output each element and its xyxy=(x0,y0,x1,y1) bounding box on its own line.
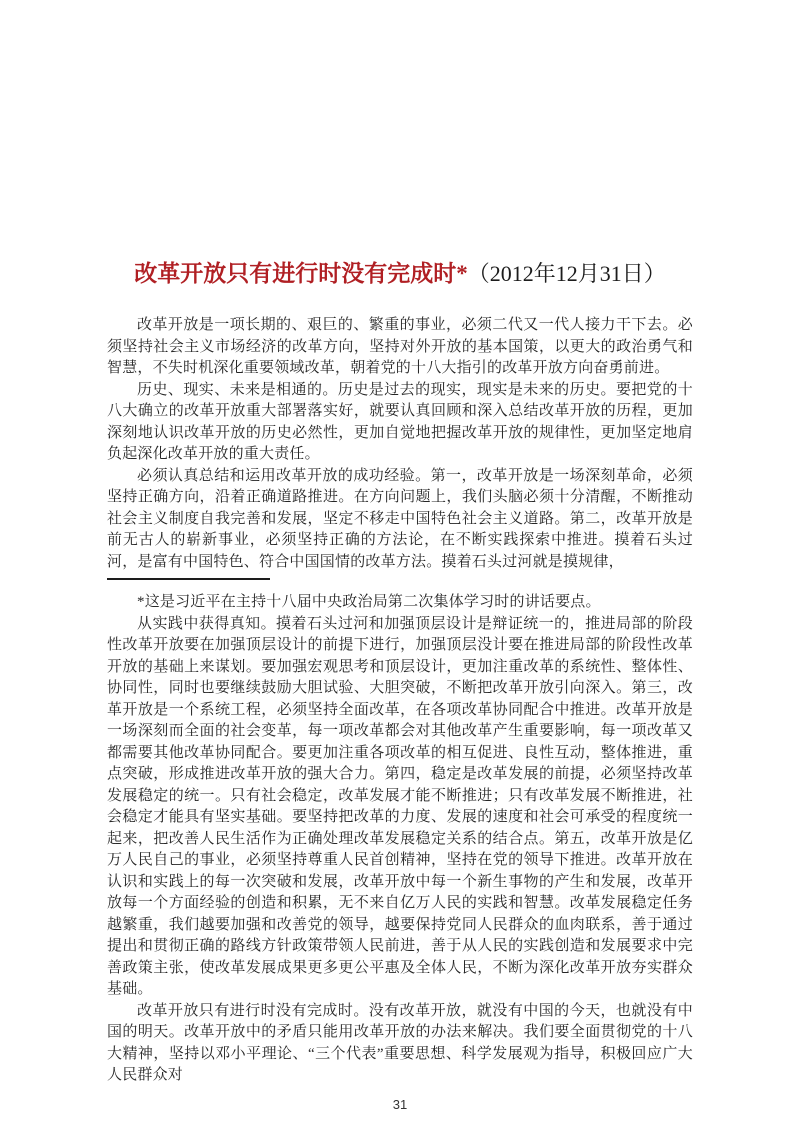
page-number: 31 xyxy=(107,1097,693,1112)
body-paragraph-2: 历史、现实、未来是相通的。历史是过去的现实，现实是未来的历史。要把党的十八大确立… xyxy=(107,380,693,466)
title-main-text: 改革开放只有进行时没有完成时* xyxy=(134,261,468,286)
footnote-block: *这是习近平在主持十八届中央政治局第二次集体学习时的讲话要点。 从实践中获得真知… xyxy=(107,592,693,1087)
body-text-block: 改革开放是一项长期的、艰巨的、繁重的事业，必须二代又一代人接力干下去。必须坚持社… xyxy=(107,315,693,573)
page-title: 改革开放只有进行时没有完成时*（2012年12月31日） xyxy=(107,258,693,289)
footnote-separator-line xyxy=(107,578,270,580)
body-paragraph-3: 必须认真总结和运用改革开放的成功经验。第一，改革开放是一场深刻革命，必须坚持正确… xyxy=(107,466,693,574)
continuation-paragraph-1: 从实践中获得真知。摸着石头过河和加强顶层设计是辩证统一的，推进局部的阶段性改革开… xyxy=(107,614,693,1001)
document-page: 改革开放只有进行时没有完成时*（2012年12月31日） 改革开放是一项长期的、… xyxy=(0,0,800,1131)
continuation-paragraph-2: 改革开放只有进行时没有完成时。没有改革开放，就没有中国的今天，也就没有中国的明天… xyxy=(107,1001,693,1087)
title-date-text: （2012年12月31日） xyxy=(468,261,666,286)
footnote-text: *这是习近平在主持十八届中央政治局第二次集体学习时的讲话要点。 xyxy=(107,592,693,614)
body-paragraph-1: 改革开放是一项长期的、艰巨的、繁重的事业，必须二代又一代人接力干下去。必须坚持社… xyxy=(107,315,693,380)
